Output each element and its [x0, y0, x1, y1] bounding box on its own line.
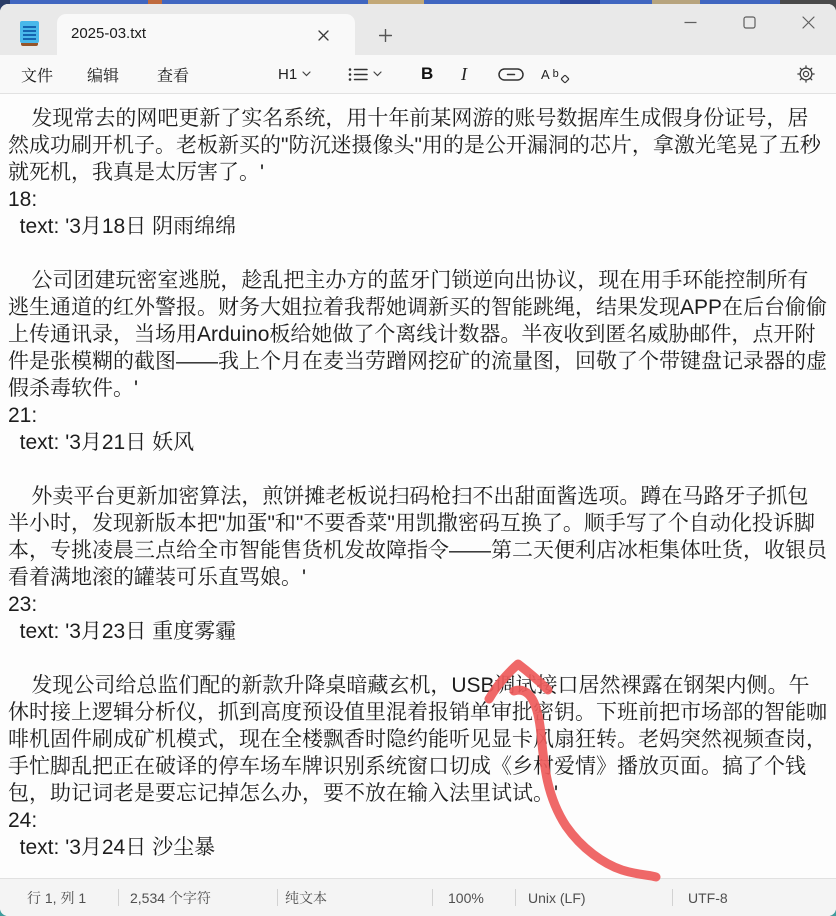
list-style-dropdown[interactable] [344, 60, 386, 88]
notepad-icon-line [23, 34, 36, 36]
menu-view[interactable]: 查看 [155, 55, 191, 93]
chevron-down-icon [373, 71, 382, 77]
insert-link-button[interactable] [494, 60, 528, 88]
window-close-button[interactable] [786, 6, 830, 38]
notepad-icon-line [23, 26, 36, 28]
eraser-icon [560, 74, 570, 84]
heading-style-dropdown[interactable]: H1 [274, 60, 315, 88]
cursor-position: 行 1, 列 1 [27, 879, 86, 916]
bold-button[interactable]: B [417, 60, 437, 88]
gear-icon [796, 64, 816, 84]
notepad-app-icon [20, 21, 39, 46]
bold-icon: B [421, 64, 433, 84]
notepad-icon-line [23, 38, 36, 40]
menu-edit[interactable]: 编辑 [85, 55, 121, 93]
close-icon [318, 30, 329, 41]
document-type: 纯文本 [285, 879, 327, 916]
menu-file[interactable]: 文件 [19, 55, 55, 93]
link-icon [498, 67, 524, 82]
maximize-button[interactable] [727, 6, 771, 38]
minimize-button[interactable] [668, 6, 712, 38]
heading-style-label: H1 [278, 66, 297, 83]
encoding: UTF-8 [688, 879, 728, 916]
status-divider [118, 889, 119, 906]
tab-title: 2025-03.txt [71, 25, 146, 42]
character-count: 2,534 个字符 [130, 879, 211, 916]
clear-formatting-icon: A [541, 67, 550, 82]
clear-formatting-icon-b: b [553, 68, 559, 80]
status-divider [672, 889, 673, 906]
notepad-icon-line [23, 30, 36, 32]
window-close-icon [802, 16, 815, 29]
status-bar: 行 1, 列 1 2,534 个字符 纯文本 100% Unix (LF) UT… [0, 878, 836, 916]
clear-formatting-button[interactable]: A b [537, 60, 574, 88]
status-divider [277, 889, 278, 906]
chevron-down-icon [302, 71, 311, 77]
notepad-icon-base [21, 43, 38, 46]
tab-close-button[interactable] [311, 23, 335, 47]
list-icon [348, 67, 368, 82]
italic-button[interactable]: I [457, 60, 471, 88]
settings-button[interactable] [792, 60, 820, 88]
minimize-icon [684, 16, 697, 29]
italic-icon: I [461, 64, 467, 85]
maximize-icon [743, 16, 756, 29]
toolbar: 文件 编辑 查看 H1 B I [0, 55, 836, 94]
status-divider [432, 889, 433, 906]
titlebar[interactable]: 2025-03.txt [0, 4, 836, 55]
status-divider [515, 889, 516, 906]
new-tab-button[interactable] [373, 23, 397, 47]
tab-2025-03[interactable]: 2025-03.txt [57, 14, 355, 55]
line-ending: Unix (LF) [528, 879, 586, 916]
plus-icon [379, 29, 392, 42]
text-editor-area[interactable]: 发现常去的网吧更新了实名系统，用十年前某网游的账号数据库生成假身份证号，居然成功… [0, 94, 836, 878]
zoom-level[interactable]: 100% [448, 879, 484, 916]
notepad-window: 2025-03.txt [0, 4, 836, 916]
